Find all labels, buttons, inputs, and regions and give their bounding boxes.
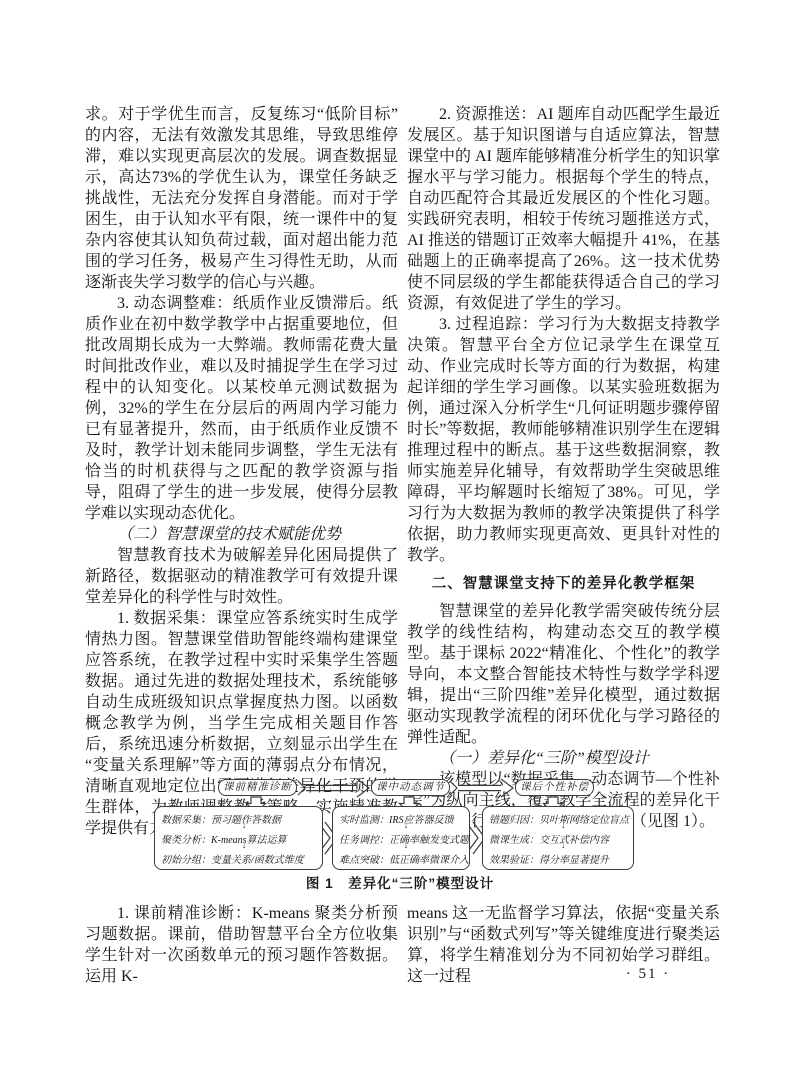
stage-detail-box: 错题归因：贝叶斯网络定位盲点 ↓ 微课生成：交互式补偿内容 ↓ 效果验证：得分率… [482, 806, 634, 870]
paper-page: 求。对于学优生而言，反复练习“低阶目标”的内容，无法有效激发其思维，导致思维停滞… [0, 0, 800, 1077]
stage-step: 错题归因：贝叶斯网络定位盲点 [489, 811, 629, 826]
flow-arrow-icon [450, 779, 513, 797]
subsection-heading: （一）差异化“三阶”模型设计 [407, 748, 720, 769]
subsection-heading: （二）智慧课堂的技术赋能优势 [85, 524, 398, 545]
down-arrow-icon: ↓ [404, 841, 409, 850]
paragraph: 3. 动态调整难：纸质作业反馈滞后。纸质作业在初中数学教学中占据重要地位，但批改… [85, 293, 398, 524]
stage-step: 效果验证：得分率显著提升 [489, 851, 609, 866]
stage-step: 数据采集：预习题作答数据 [161, 811, 281, 826]
paragraph-continuation: 求。对于学优生而言，反复练习“低阶目标”的内容，无法有效激发其思维，导致思维停滞… [85, 104, 398, 293]
section-heading: 二、智慧课堂支持下的差异化教学框架 [407, 573, 720, 595]
right-column: 2. 资源推送：AI 题库自动匹配学生最近发展区。基于知识图谱与自适应算法，智慧… [407, 104, 720, 832]
down-arrow-icon: ↓ [242, 821, 247, 830]
down-arrow-icon: ↓ [404, 821, 409, 830]
paragraph: 智慧课堂的差异化教学需突破传统分层教学的线性结构，构建动态交互的教学模型。基于课… [407, 601, 720, 748]
down-arrow-icon: ↓ [561, 821, 566, 830]
figure-caption: 图 1 差异化“三阶”模型设计 [0, 872, 800, 892]
paragraph: 2. 资源推送：AI 题库自动匹配学生最近发展区。基于知识图谱与自适应算法，智慧… [407, 104, 720, 314]
stage-step: 初始分组：变量关系/函数式维度 [161, 851, 304, 866]
stage-detail-box: 实时监测：IRS应答器反馈 ↓ 任务调控：正确率触发变式题 ↓ 难点突破：低正确… [332, 806, 470, 870]
page-number: · 51 · [598, 966, 698, 983]
down-arrow-icon: ↓ [242, 841, 247, 850]
stage-title-postcourse: 课后个性补偿 [515, 779, 594, 796]
paragraph: 智慧教育技术为破解差异化困局提供了新路径，数据驱动的精准教学可有效提升课堂差异化… [85, 545, 398, 608]
bottom-left-column: 1. 课前精准诊断：K-means 聚类分析预习题数据。课前，借助智慧平台全方位… [85, 903, 398, 987]
paragraph: 3. 过程追踪：学习行为大数据支持教学决策。智慧平台全方位记录学生在课堂互动、作… [407, 314, 720, 566]
stage-title-incourse: 课中动态调节 [371, 779, 450, 796]
stage-title-precourse: 课前精准诊断 [218, 779, 297, 796]
stage-step: 聚类分析：K-means算法运算 [161, 831, 287, 846]
left-column: 求。对于学优生而言，反复练习“低阶目标”的内容，无法有效激发其思维，导致思维停滞… [85, 104, 398, 839]
stage-step: 实时监测：IRS应答器反馈 [339, 811, 453, 826]
stage-step: 难点突破：低正确率微课介入 [339, 851, 469, 866]
down-arrow-icon: ↓ [561, 841, 566, 850]
flow-arrow-icon [298, 779, 369, 797]
stage-step: 微课生成：交互式补偿内容 [489, 831, 609, 846]
paragraph: 1. 课前精准诊断：K-means 聚类分析预习题数据。课前，借助智慧平台全方位… [85, 903, 398, 987]
stage-detail-box: 数据采集：预习题作答数据 ↓ 聚类分析：K-means算法运算 ↓ 初始分组：变… [154, 806, 323, 870]
